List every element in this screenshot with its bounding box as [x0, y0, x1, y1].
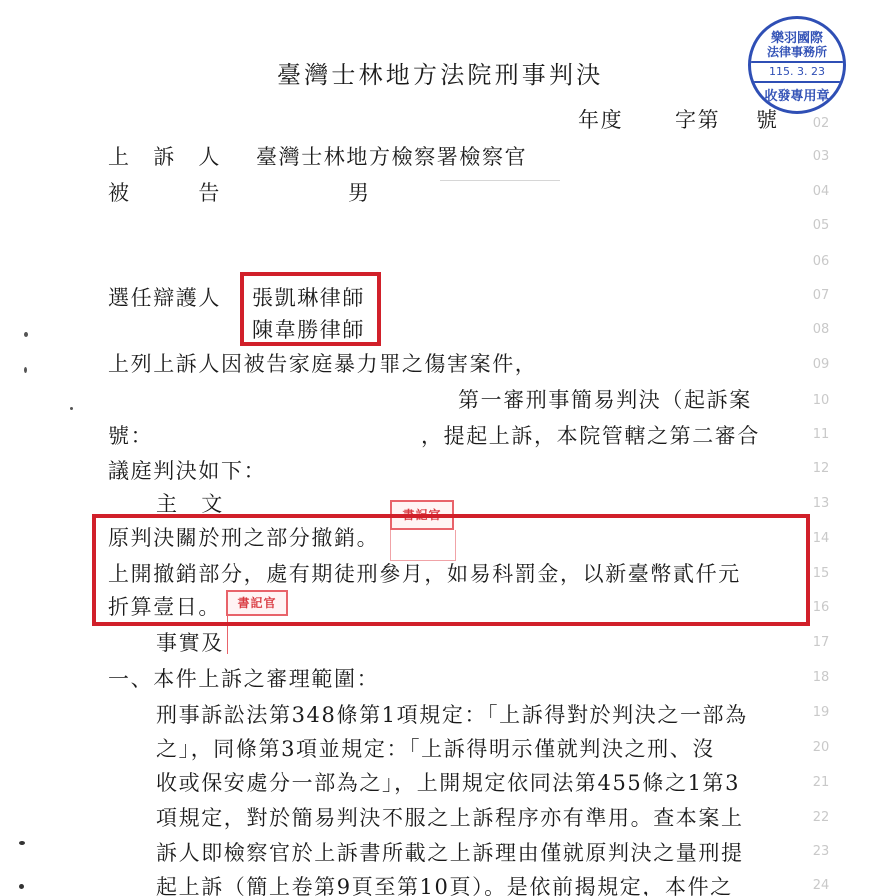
line-number: 20 — [806, 740, 836, 755]
body-line: 號： — [108, 424, 153, 448]
line-number: 23 — [806, 844, 836, 859]
line-number: 03 — [806, 149, 836, 164]
stamp-band-bottom — [748, 81, 846, 83]
section-1-line: 訴人即檢察官於上訴書所載之上訴理由僅就原判決之量刑提 — [156, 841, 744, 865]
line-number: 05 — [806, 218, 836, 233]
redacted-mark — [440, 180, 560, 181]
defense-counsel-label: 選任辯護人 — [108, 286, 221, 310]
line-number: 14 — [806, 531, 836, 546]
defendant-gender: 男 — [348, 181, 371, 205]
case-number-label: 號 — [756, 108, 779, 132]
scan-speck — [19, 884, 24, 889]
section-1-line: 之」，同條第3項並規定：「上訴得明示僅就判決之刑、沒 — [156, 737, 715, 761]
receipt-stamp: 樂羽國際 法律事務所 115. 3. 23 收發專用章 — [748, 16, 846, 114]
case-word-label: 字第 — [675, 108, 720, 132]
line-number: 07 — [806, 288, 836, 303]
body-line: ，提起上訴，本院管轄之第二審合 — [421, 424, 760, 448]
facts-heading: 事實及 — [156, 631, 224, 655]
main-text-heading: 主 文 — [156, 492, 224, 516]
line-number: 19 — [806, 705, 836, 720]
section-1-line: 項規定，對於簡易判決不服之上訴程序亦有準用。查本案上 — [156, 806, 744, 830]
appellant-value: 臺灣士林地方檢察署檢察官 — [256, 145, 527, 169]
document-title: 臺灣士林地方法院刑事判決 — [277, 63, 603, 87]
body-line: 第一審刑事簡易判決（起訴案 — [458, 388, 752, 412]
judgment-page: 樂羽國際 法律事務所 115. 3. 23 收發專用章 臺灣士林地方法院刑事判決… — [0, 0, 880, 896]
scan-speck — [19, 841, 25, 845]
scan-speck — [70, 407, 73, 410]
lawyers-highlight-box — [240, 272, 381, 346]
line-number: 02 — [806, 116, 836, 131]
line-number: 13 — [806, 496, 836, 511]
stamp-firm-line2: 法律事務所 — [751, 43, 843, 60]
line-number: 17 — [806, 635, 836, 650]
line-number: 10 — [806, 393, 836, 408]
line-number: 21 — [806, 775, 836, 790]
stamp-band-top — [748, 61, 846, 63]
line-number: 22 — [806, 810, 836, 825]
section-1-line: 收或保安處分一部為之」，上開規定依同法第455條之1第3 — [156, 771, 740, 795]
line-number: 16 — [806, 600, 836, 615]
stamp-usage-label: 收發專用章 — [751, 85, 843, 104]
section-1-heading: 一、本件上訴之審理範圍： — [108, 667, 379, 691]
stamp-date: 115. 3. 23 — [751, 65, 843, 78]
defendant-label: 被 告 — [108, 181, 221, 205]
section-1-line: 刑事訴訟法第348條第1項規定：「上訴得對於判決之一部為 — [156, 703, 748, 727]
scan-speck — [24, 367, 27, 373]
line-number: 08 — [806, 322, 836, 337]
line-number: 04 — [806, 184, 836, 199]
line-number: 15 — [806, 566, 836, 581]
line-number: 09 — [806, 357, 836, 372]
case-year-label: 年度 — [578, 108, 623, 132]
line-number: 24 — [806, 878, 836, 893]
main-text-highlight-box — [92, 514, 810, 626]
scan-speck — [24, 332, 28, 337]
line-number: 18 — [806, 670, 836, 685]
appellant-label: 上 訴 人 — [108, 145, 221, 169]
line-number: 06 — [806, 254, 836, 269]
line-number: 11 — [806, 427, 836, 442]
section-1-line: 起上訴（簡上卷第9頁至第10頁）。是依前揭規定，本件之 — [156, 875, 733, 896]
body-line: 議庭判決如下： — [108, 459, 266, 483]
line-number: 12 — [806, 461, 836, 476]
body-line: 上列上訴人因被告家庭暴力罪之傷害案件， — [108, 352, 537, 376]
